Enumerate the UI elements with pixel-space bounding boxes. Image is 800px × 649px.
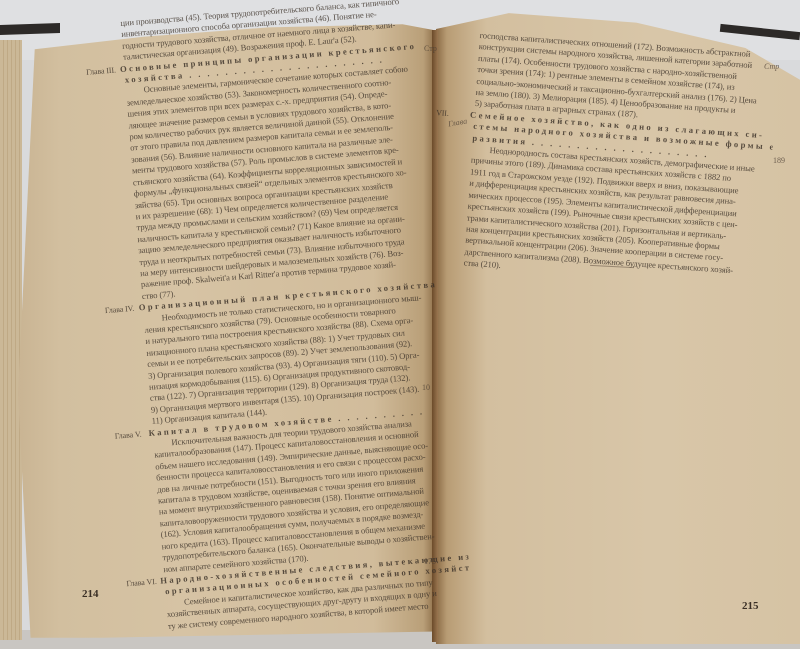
book-cover-edge-left: [0, 23, 60, 35]
left-page-toc-text: ции производства (45). Теория трудопотре…: [120, 0, 472, 632]
margin-ref-page-header: Стр: [764, 62, 779, 71]
margin-ref-page-number: 175: [424, 557, 436, 566]
margin-ref-page-number: 189: [773, 156, 785, 165]
left-page-number: 214: [82, 588, 99, 600]
right-page-toc-text: господства капиталистических отношений (…: [463, 30, 779, 290]
right-page-number: 215: [742, 600, 759, 612]
margin-ref-page-number: 10: [422, 383, 430, 392]
margin-ref-page-header: Стр: [424, 44, 437, 53]
stacked-page-edges: [0, 40, 22, 640]
